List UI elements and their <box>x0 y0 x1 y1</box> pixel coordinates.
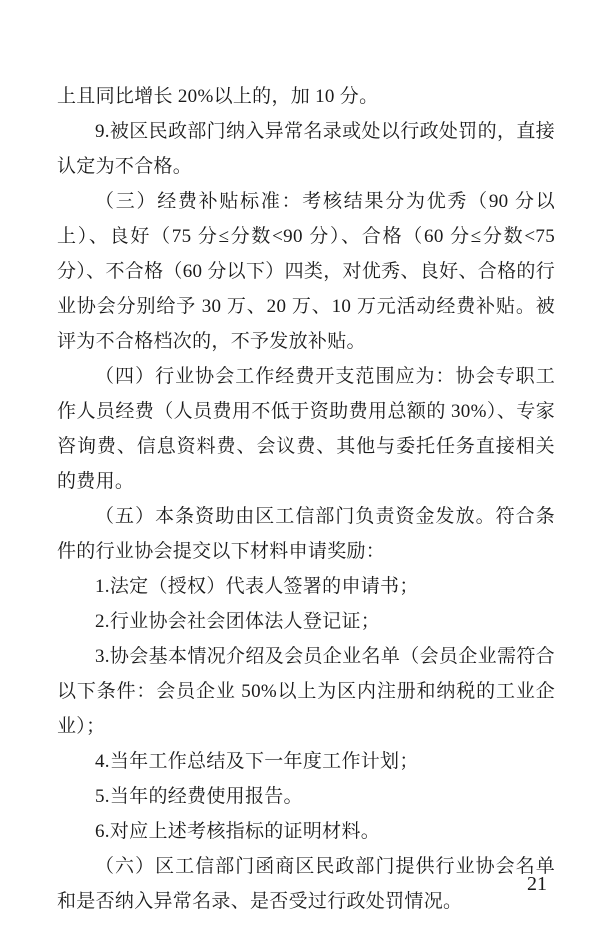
paragraph: （六）区工信部门函商区民政部门提供行业协会名单和是否纳入异常名录、是否受过行政处… <box>57 849 555 919</box>
paragraph: （四）行业协会工作经费开支范围应为：协会专职工作人员经费（人员费用不低于资助费用… <box>57 359 555 499</box>
paragraph: 上且同比增长 20%以上的，加 10 分。 <box>57 79 555 114</box>
paragraph: 6.对应上述考核指标的证明材料。 <box>57 814 555 849</box>
paragraph: 3.协会基本情况介绍及会员企业名单（会员企业需符合以下条件：会员企业 50%以上… <box>57 639 555 744</box>
document-page: 上且同比增长 20%以上的，加 10 分。9.被区民政部门纳入异常名录或处以行政… <box>0 0 600 942</box>
paragraph: 5.当年的经费使用报告。 <box>57 779 555 814</box>
paragraph: 1.法定（授权）代表人签署的申请书； <box>57 569 555 604</box>
paragraph: （三）经费补贴标准：考核结果分为优秀（90 分以上）、良好（75 分≤分数<90… <box>57 184 555 359</box>
paragraph: （五）本条资助由区工信部门负责资金发放。符合条件的行业协会提交以下材料申请奖励： <box>57 499 555 569</box>
page-number: 21 <box>527 871 547 897</box>
paragraph: 9.被区民政部门纳入异常名录或处以行政处罚的，直接认定为不合格。 <box>57 114 555 184</box>
paragraph: 2.行业协会社会团体法人登记证； <box>57 604 555 639</box>
document-body: 上且同比增长 20%以上的，加 10 分。9.被区民政部门纳入异常名录或处以行政… <box>57 79 555 919</box>
paragraph: 4.当年工作总结及下一年度工作计划； <box>57 744 555 779</box>
